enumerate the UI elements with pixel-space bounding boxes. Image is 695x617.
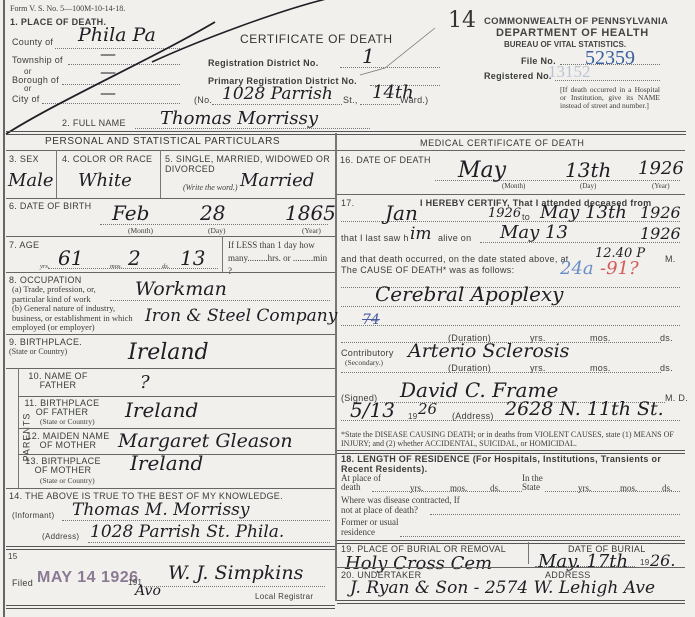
divider <box>6 198 335 199</box>
divider <box>545 491 680 492</box>
in-state-mos: mos. <box>620 483 637 493</box>
day-caption: (Day) <box>208 226 226 235</box>
divider <box>6 236 335 237</box>
full-name-value: Thomas Morrissy <box>160 108 318 129</box>
contributory-value: Arterio Sclerosis <box>408 340 569 362</box>
hospital-note: [If death occurred in a Hospital or Inst… <box>560 86 660 110</box>
dob-label: 6. DATE OF BIRTH <box>9 201 91 211</box>
death-time-label: and that death occurred, on the date sta… <box>341 254 569 264</box>
signed-year-prefix: 19 <box>408 412 418 421</box>
file-no-faded: 13152 <box>548 62 591 82</box>
dod-month-caption: (Month) <box>502 182 525 190</box>
at-place-mos: mos. <box>450 483 467 493</box>
at-place-yrs: yrs. <box>410 483 423 493</box>
divider <box>337 567 685 568</box>
street-value: 1028 Parrish <box>222 84 333 104</box>
divider <box>6 488 335 489</box>
mother-birthplace-hint: (State or Country) <box>40 476 95 485</box>
mother-birthplace-label: 13. BIRTHPLACE OF MOTHER <box>23 457 103 475</box>
medical-section-title: MEDICAL CERTIFICATE OF DEATH <box>420 138 584 148</box>
dod-year: 1926 <box>638 158 684 179</box>
disease-contracted-label: Where was disease contracted, If not at … <box>341 495 471 515</box>
registrar-line <box>140 586 325 587</box>
occupation-a-line <box>110 300 330 301</box>
divider <box>341 372 661 373</box>
death-certificate: Form V. S. No. 5—100M-10-14-18. 1. PLACE… <box>0 0 695 617</box>
father-name-label: 10. NAME OF FATHER <box>23 372 93 390</box>
mos-caption: mos. <box>110 263 122 270</box>
signed-year: 26 <box>418 400 437 418</box>
last-saw-pronoun: im <box>410 224 432 244</box>
cause-code-red: -91? <box>600 258 639 279</box>
physician-address-label: (Address) <box>452 411 494 421</box>
at-place-ds: ds. <box>490 483 500 493</box>
cause-code-blue: 24a <box>560 258 594 279</box>
informant-value: Thomas M. Morrissy <box>72 500 250 520</box>
undertaker-value: J. Ryan & Son - 2574 W. Lehigh Ave <box>350 578 655 598</box>
occupation-b-label: (b) General nature of industry, business… <box>12 304 140 333</box>
in-state-yrs: yrs. <box>578 483 591 493</box>
filed-label: Filed <box>12 578 33 588</box>
st-label: St., <box>343 95 358 105</box>
occupation-b-value: Iron & Steel Company <box>145 306 337 326</box>
header-divider <box>6 131 686 135</box>
race-label: 4. COLOR OR RACE <box>62 154 152 164</box>
personal-section-title: PERSONAL AND STATISTICAL PARTICULARS <box>45 136 280 147</box>
age-months: 2 <box>128 246 141 270</box>
secondary-label: (Secondary.) <box>345 358 383 367</box>
divider <box>430 514 680 515</box>
age-years: 61 <box>58 246 83 270</box>
registered-no-label: Registered No. <box>484 71 552 81</box>
dob-year: 1865 <box>285 201 336 225</box>
attended-to-year: 1926 <box>640 203 681 222</box>
burial-date-value: May. 17th <box>538 551 628 572</box>
item-15-number: 15 <box>8 552 18 561</box>
physician-address-value: 2628 N. 11th St. <box>505 398 664 420</box>
divider <box>6 546 335 550</box>
father-name-value: ? <box>140 372 150 393</box>
former-residence-label: Former or usual residence <box>341 517 411 537</box>
race-value: White <box>78 170 132 191</box>
divider <box>18 396 335 397</box>
dob-month: Feb <box>112 201 149 225</box>
burial-year-prefix: 19 <box>640 558 650 567</box>
residence-title: 18. LENGTH OF RESIDENCE (For Hospitals, … <box>341 454 685 474</box>
sex-value: Male <box>8 170 54 191</box>
age-days: 13 <box>180 246 205 270</box>
father-birthplace-label: 11. BIRTHPLACE OF FATHER <box>23 399 101 417</box>
street-no-label: (No. <box>194 95 212 105</box>
alive-on-year: 1926 <box>640 224 681 243</box>
mother-birthplace-value: Ireland <box>130 451 203 475</box>
m-label: M. <box>665 254 676 264</box>
ds-label: ds. <box>660 333 673 343</box>
divider <box>6 334 335 335</box>
in-state-ds: ds. <box>662 483 672 493</box>
attended-from-year: 1926 <box>488 206 521 221</box>
divider <box>160 150 161 198</box>
dod-month: May <box>458 158 506 183</box>
cause-footnote: *State the DISEASE CAUSING DEATH; or in … <box>341 430 685 448</box>
informant-address-value: 1028 Parrish St. Phila. <box>90 522 284 542</box>
divider <box>337 150 685 151</box>
full-name-label: 2. FULL NAME <box>62 118 126 128</box>
alive-on-value: May 13 <box>500 222 568 243</box>
registrar-signature: W. J. Simpkins <box>168 562 303 584</box>
filed-date-stamp: MAY 14 1926 <box>37 569 139 587</box>
left-border <box>3 0 5 617</box>
in-state-label: In the State <box>522 474 552 492</box>
to-label: to <box>522 212 530 222</box>
signed-date: 5/13 <box>350 398 395 422</box>
department-heading: DEPARTMENT OF HEALTH <box>496 27 649 39</box>
marital-value: Married <box>240 170 314 191</box>
ds-caption: ds. <box>162 263 169 270</box>
divider <box>528 542 529 564</box>
divider <box>56 150 57 198</box>
marital-hint: (Write the word.) <box>183 183 238 192</box>
divider <box>6 368 335 369</box>
registered-no-line <box>555 80 660 81</box>
dod-day: 13th <box>565 158 611 182</box>
dod-year-caption: (Year) <box>652 182 670 190</box>
informant-address-label: (Address) <box>42 532 79 541</box>
divider <box>337 600 685 604</box>
informant-line <box>62 520 330 521</box>
street-line <box>212 104 342 105</box>
certify-number: 17. <box>341 198 354 208</box>
father-birthplace-hint: (State or Country) <box>40 417 95 426</box>
alive-on-label: alive on <box>438 233 471 243</box>
local-registrar-label: Local Registrar <box>255 592 313 601</box>
birthplace-label: 9. BIRTHPLACE. <box>9 337 82 347</box>
birthplace-hint: (State or Country) <box>9 347 67 356</box>
yrs-caption: yrs. <box>40 263 50 270</box>
birthplace-value: Ireland <box>128 340 209 365</box>
divider <box>400 536 680 537</box>
ds-label: ds. <box>660 363 673 373</box>
divider <box>18 428 335 429</box>
margin-note: 14 <box>448 8 476 33</box>
sex-label: 3. SEX <box>9 154 39 164</box>
dob-day: 28 <box>200 201 225 225</box>
informant-label: (Informant) <box>12 511 54 520</box>
md-label: M. D. <box>665 393 688 403</box>
registration-district-line <box>340 67 440 68</box>
divider <box>6 605 335 609</box>
month-caption: (Month) <box>128 226 153 235</box>
file-no-value: 52359 <box>585 47 635 70</box>
divider <box>337 194 685 195</box>
registrar-initials: Avo <box>135 583 161 599</box>
father-birthplace-value: Ireland <box>125 398 198 422</box>
cause-label: The CAUSE OF DEATH* was as follows: <box>341 265 514 275</box>
cause-value: Cerebral Apoplexy <box>375 282 563 306</box>
cause-line <box>341 306 680 307</box>
informant-address-line <box>88 542 330 543</box>
mother-name-label: 12. MAIDEN NAME OF MOTHER <box>23 432 113 450</box>
divider <box>222 236 223 272</box>
dod-day-caption: (Day) <box>580 182 596 190</box>
at-place-label: At place of death <box>341 474 381 492</box>
age-label: 7. AGE <box>9 240 39 250</box>
commonwealth-heading: COMMONWEALTH OF PENNSYLVANIA <box>484 16 668 27</box>
last-saw-label: that I last saw h <box>341 233 409 243</box>
attended-to: May 13th <box>540 202 627 223</box>
contributory-label: Contributory <box>341 348 394 358</box>
dod-label: 16. DATE OF DEATH <box>340 155 431 165</box>
mother-name-value: Margaret Gleason <box>118 430 293 452</box>
year-caption: (Year) <box>302 226 321 235</box>
ward-label: Ward.) <box>400 95 428 105</box>
ward-line <box>360 104 400 105</box>
struck-note: 74 <box>362 312 380 328</box>
divider <box>341 325 680 326</box>
attended-from: Jan <box>385 201 418 225</box>
registration-district-label: Registration District No. <box>208 58 319 68</box>
occupation-a-label: (a) Trade, profession, or, particular ki… <box>12 285 120 304</box>
registration-district-value: 1 <box>362 44 375 68</box>
divider <box>6 272 335 273</box>
occupation-a-value: Workman <box>135 278 227 300</box>
